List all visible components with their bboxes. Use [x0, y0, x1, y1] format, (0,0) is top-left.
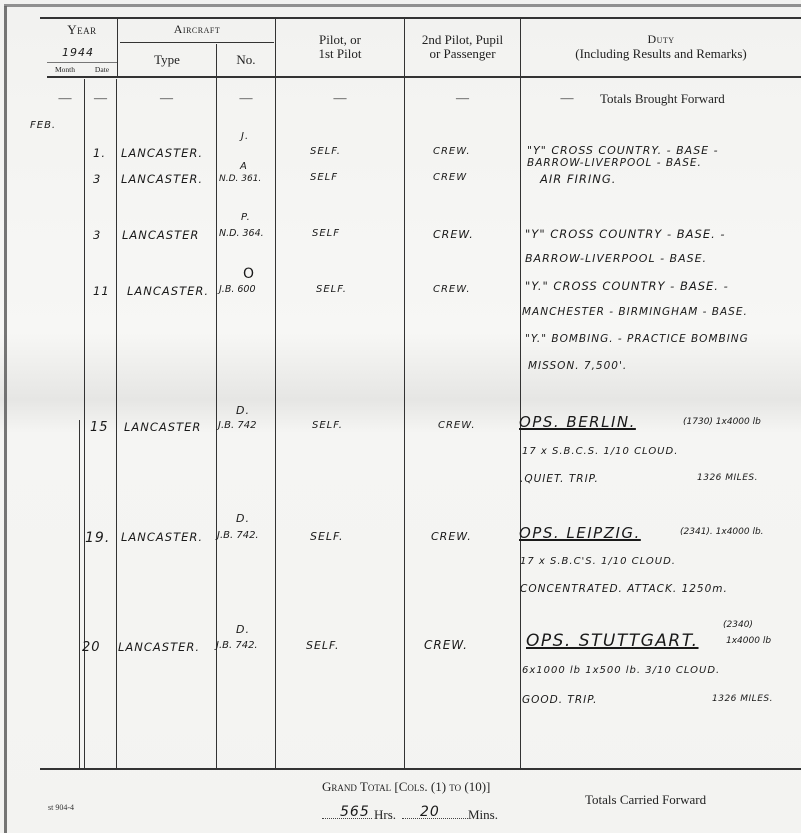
entry-date: 3	[93, 172, 101, 186]
entry-aircraft-serial: N.D. 364.	[219, 228, 264, 239]
mins-label: Mins.	[468, 807, 498, 823]
entry-second-pilot: CREW.	[433, 284, 471, 295]
grand-total-mins: 20	[420, 804, 440, 820]
entry-aircraft-letter: A	[240, 161, 248, 172]
totals-brought-forward: Totals Brought Forward	[600, 91, 725, 107]
entry-aircraft-letter: D.	[236, 623, 250, 636]
date-header: Date	[88, 65, 116, 74]
entry-duty-line: AIR FIRING.	[540, 172, 616, 186]
entry-duty-line: 1326 MILES.	[712, 694, 773, 704]
col-line-date-type	[116, 79, 117, 769]
entry-duty-line: "Y." CROSS COUNTRY - BASE. -	[525, 279, 729, 293]
col-line-second-duty	[520, 19, 521, 769]
logbook-page: Year 1944 Month Date Aircraft Type No. P…	[0, 0, 801, 833]
entry-date: 20	[82, 640, 101, 655]
entry-duty-line: BARROW-LIVERPOOL - BASE.	[525, 252, 707, 265]
second-pilot-header-line2: or Passenger	[405, 46, 520, 61]
pilot-header-line2: 1st Pilot	[276, 46, 404, 61]
entry-aircraft-letter: D.	[236, 512, 250, 525]
entry-pilot: SELF.	[310, 530, 343, 543]
entry-pilot: SELF.	[310, 146, 341, 157]
entry-op-note: (1730) 1x4000 lb	[683, 417, 761, 427]
entry-aircraft-type: LANCASTER.	[127, 284, 209, 298]
entry-duty-line: "Y" CROSS COUNTRY - BASE. -	[525, 227, 726, 241]
entry-aircraft-serial: N.D. 361.	[219, 174, 261, 184]
page-edge-top	[4, 4, 801, 7]
month-value: FEB.	[30, 120, 56, 131]
pilot-dash: —	[276, 90, 404, 106]
entry-second-pilot: CREW.	[431, 530, 472, 543]
entry-date: 3	[93, 228, 101, 242]
entry-aircraft-serial: J.B. 742	[218, 420, 256, 431]
col-line-month-date-lower	[79, 420, 80, 770]
entry-duty-line: GOOD. TRIP.	[522, 694, 597, 706]
header-bottom-rule	[47, 76, 801, 78]
col-line-no-pilot	[275, 19, 276, 769]
entry-duty-line: 17 x S.B.C.S. 1/10 CLOUD.	[522, 446, 678, 457]
entry-duty-line: 17 x S.B.C'S. 1/10 CLOUD.	[520, 556, 676, 567]
grand-total-hours: 565	[340, 804, 370, 820]
year-header: Year	[47, 22, 117, 37]
entry-aircraft-serial: J.B. 742.	[217, 530, 259, 541]
entry-aircraft-type: LANCASTER.	[121, 530, 203, 544]
entry-second-pilot: CREW	[433, 172, 467, 183]
entry-aircraft-type: LANCASTER	[122, 228, 199, 242]
form-code: st 904-4	[48, 803, 74, 812]
hours-label: Hrs.	[374, 807, 396, 823]
second-pilot-dash: —	[405, 90, 520, 106]
entry-second-pilot: CREW.	[433, 228, 474, 241]
entry-op-note: 1x4000 lb	[726, 636, 771, 646]
entry-date: 1.	[93, 146, 106, 160]
entry-second-pilot: CREW.	[424, 638, 468, 652]
type-dash: —	[117, 90, 216, 106]
entry-date: 19.	[85, 530, 110, 546]
entry-duty-line: MANCHESTER - BIRMINGHAM - BASE.	[522, 306, 748, 318]
entry-duty-line: MISSON. 7,500'.	[528, 360, 627, 372]
aircraft-subheader-rule	[120, 42, 274, 43]
entry-date: 15	[90, 420, 109, 435]
col-line-pilot-second	[404, 19, 405, 769]
col-line-month-date	[84, 79, 85, 769]
entry-op-title: OPS. STUTTGART.	[526, 631, 699, 651]
aircraft-header: Aircraft	[118, 22, 276, 37]
entry-duty-line: "Y" CROSS COUNTRY. - BASE -	[527, 144, 719, 157]
entry-aircraft-type: LANCASTER.	[121, 172, 203, 186]
col-line-type-no	[216, 44, 217, 769]
year-underline	[47, 62, 117, 63]
no-dash: —	[217, 90, 275, 106]
entry-pilot: SELF	[312, 228, 340, 239]
entry-pilot: SELF.	[316, 284, 347, 295]
entry-op-title: OPS. LEIPZIG.	[519, 524, 641, 542]
entry-aircraft-serial: J.B. 742.	[216, 640, 258, 651]
entry-aircraft-letter: O	[243, 266, 255, 282]
duty-subheader: (Including Results and Remarks)	[521, 46, 801, 61]
entry-op-note-time: (2340)	[723, 620, 753, 630]
pilot-header-line1: Pilot, or	[276, 32, 404, 47]
entry-duty-line: .QUIET. TRIP.	[520, 473, 599, 485]
entry-op-title: OPS. BERLIN.	[519, 413, 636, 431]
year-value: 1944	[62, 46, 94, 59]
entry-aircraft-type: LANCASTER.	[118, 640, 200, 654]
entry-pilot: SELF	[310, 172, 338, 183]
entry-duty-line: 1326 MILES.	[697, 473, 758, 483]
entry-duty-line: "Y." BOMBING. - PRACTICE BOMBING	[525, 333, 749, 345]
grand-total-label: Grand Total [Cols. (1) to (10)]	[322, 779, 490, 795]
entry-aircraft-letter: D.	[236, 404, 250, 417]
entry-duty-line: 6x1000 lb 1x500 lb. 3/10 CLOUD.	[522, 665, 720, 676]
duty-header: Duty	[521, 32, 801, 47]
entry-aircraft-letter: P.	[241, 212, 251, 223]
entry-date: 11	[93, 284, 110, 298]
duty-dash: —	[553, 90, 581, 106]
table-top-rule	[40, 17, 801, 19]
month-header: Month	[47, 65, 83, 74]
entry-duty-line: CONCENTRATED. ATTACK. 1250m.	[520, 583, 728, 595]
entry-aircraft-type: LANCASTER.	[121, 146, 203, 160]
entry-aircraft-type: LANCASTER	[124, 420, 201, 434]
page-edge-left	[4, 6, 7, 833]
entry-second-pilot: CREW.	[438, 420, 476, 431]
type-header: Type	[118, 52, 216, 67]
entry-second-pilot: CREW.	[433, 146, 471, 157]
month-dash: —	[47, 90, 83, 106]
totals-carried-forward: Totals Carried Forward	[585, 792, 706, 808]
entry-aircraft-serial: J.B. 600	[219, 284, 256, 295]
entry-aircraft-letter: J.	[241, 131, 249, 142]
table-bottom-rule	[40, 768, 801, 770]
no-header: No.	[217, 52, 275, 67]
second-pilot-header-line1: 2nd Pilot, Pupil	[405, 32, 520, 47]
date-dash: —	[85, 90, 116, 106]
entry-pilot: SELF.	[312, 420, 343, 431]
entry-duty-line: BARROW-LIVERPOOL - BASE.	[527, 157, 702, 169]
entry-pilot: SELF.	[306, 639, 339, 652]
entry-op-note: (2341). 1x4000 lb.	[680, 527, 764, 537]
